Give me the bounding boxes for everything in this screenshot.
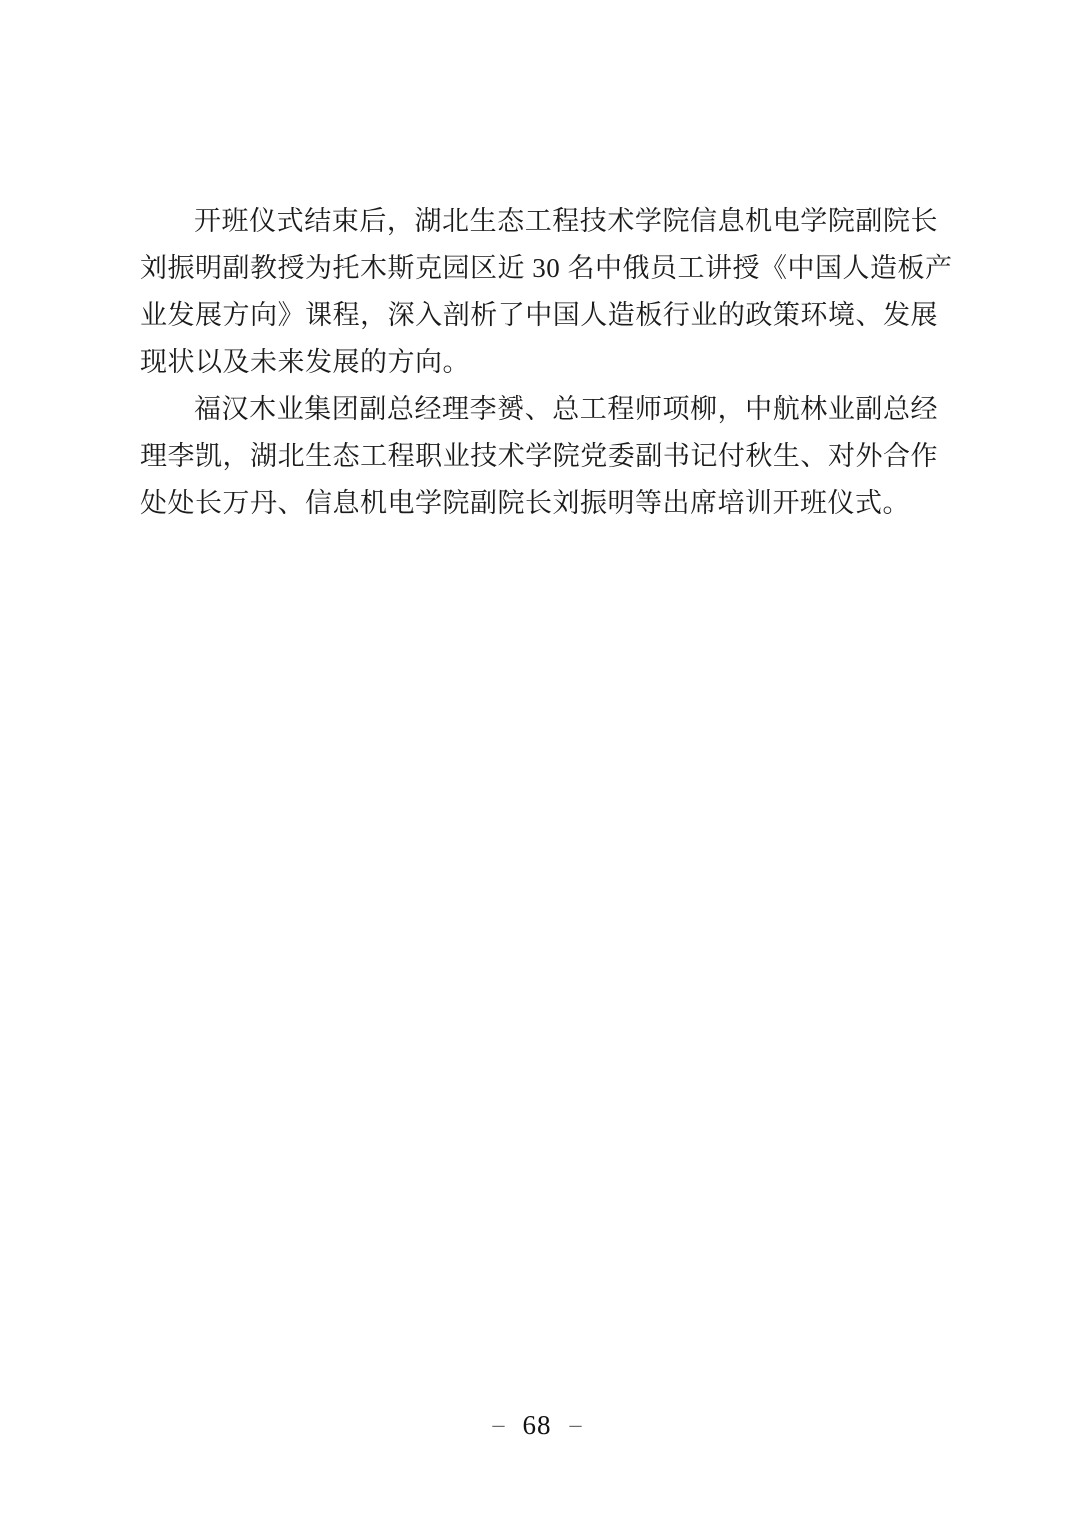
document-page: 开班仪式结束后，湖北生态工程技术学院信息机电学院副院长 刘振明副教授为托木斯克园…	[0, 0, 1074, 1520]
footer-right-dash: –	[570, 1405, 582, 1445]
page-footer: – 68 –	[0, 1405, 1074, 1445]
paragraph-1-line-1: 开班仪式结束后，湖北生态工程技术学院信息机电学院副院长	[140, 198, 938, 245]
paragraph-2: 福汉木业集团副总经理李赟、总工程师项柳，中航林业副总经 理李凯，湖北生态工程职业…	[140, 386, 938, 527]
document-body: 开班仪式结束后，湖北生态工程技术学院信息机电学院副院长 刘振明副教授为托木斯克园…	[140, 198, 938, 527]
paragraph-2-line-1: 福汉木业集团副总经理李赟、总工程师项柳，中航林业副总经	[140, 386, 938, 433]
page-number: 68	[523, 1405, 552, 1445]
paragraph-1-line-2: 刘振明副教授为托木斯克园区近 30 名中俄员工讲授《中国人造板产	[140, 245, 938, 292]
paragraph-1: 开班仪式结束后，湖北生态工程技术学院信息机电学院副院长 刘振明副教授为托木斯克园…	[140, 198, 938, 386]
paragraph-1-line-4: 现状以及未来发展的方向。	[140, 339, 938, 386]
paragraph-2-line-3: 处处长万丹、信息机电学院副院长刘振明等出席培训开班仪式。	[140, 480, 938, 527]
footer-left-dash: –	[493, 1405, 505, 1445]
paragraph-2-line-2: 理李凯，湖北生态工程职业技术学院党委副书记付秋生、对外合作	[140, 433, 938, 480]
paragraph-1-line-3: 业发展方向》课程，深入剖析了中国人造板行业的政策环境、发展	[140, 292, 938, 339]
